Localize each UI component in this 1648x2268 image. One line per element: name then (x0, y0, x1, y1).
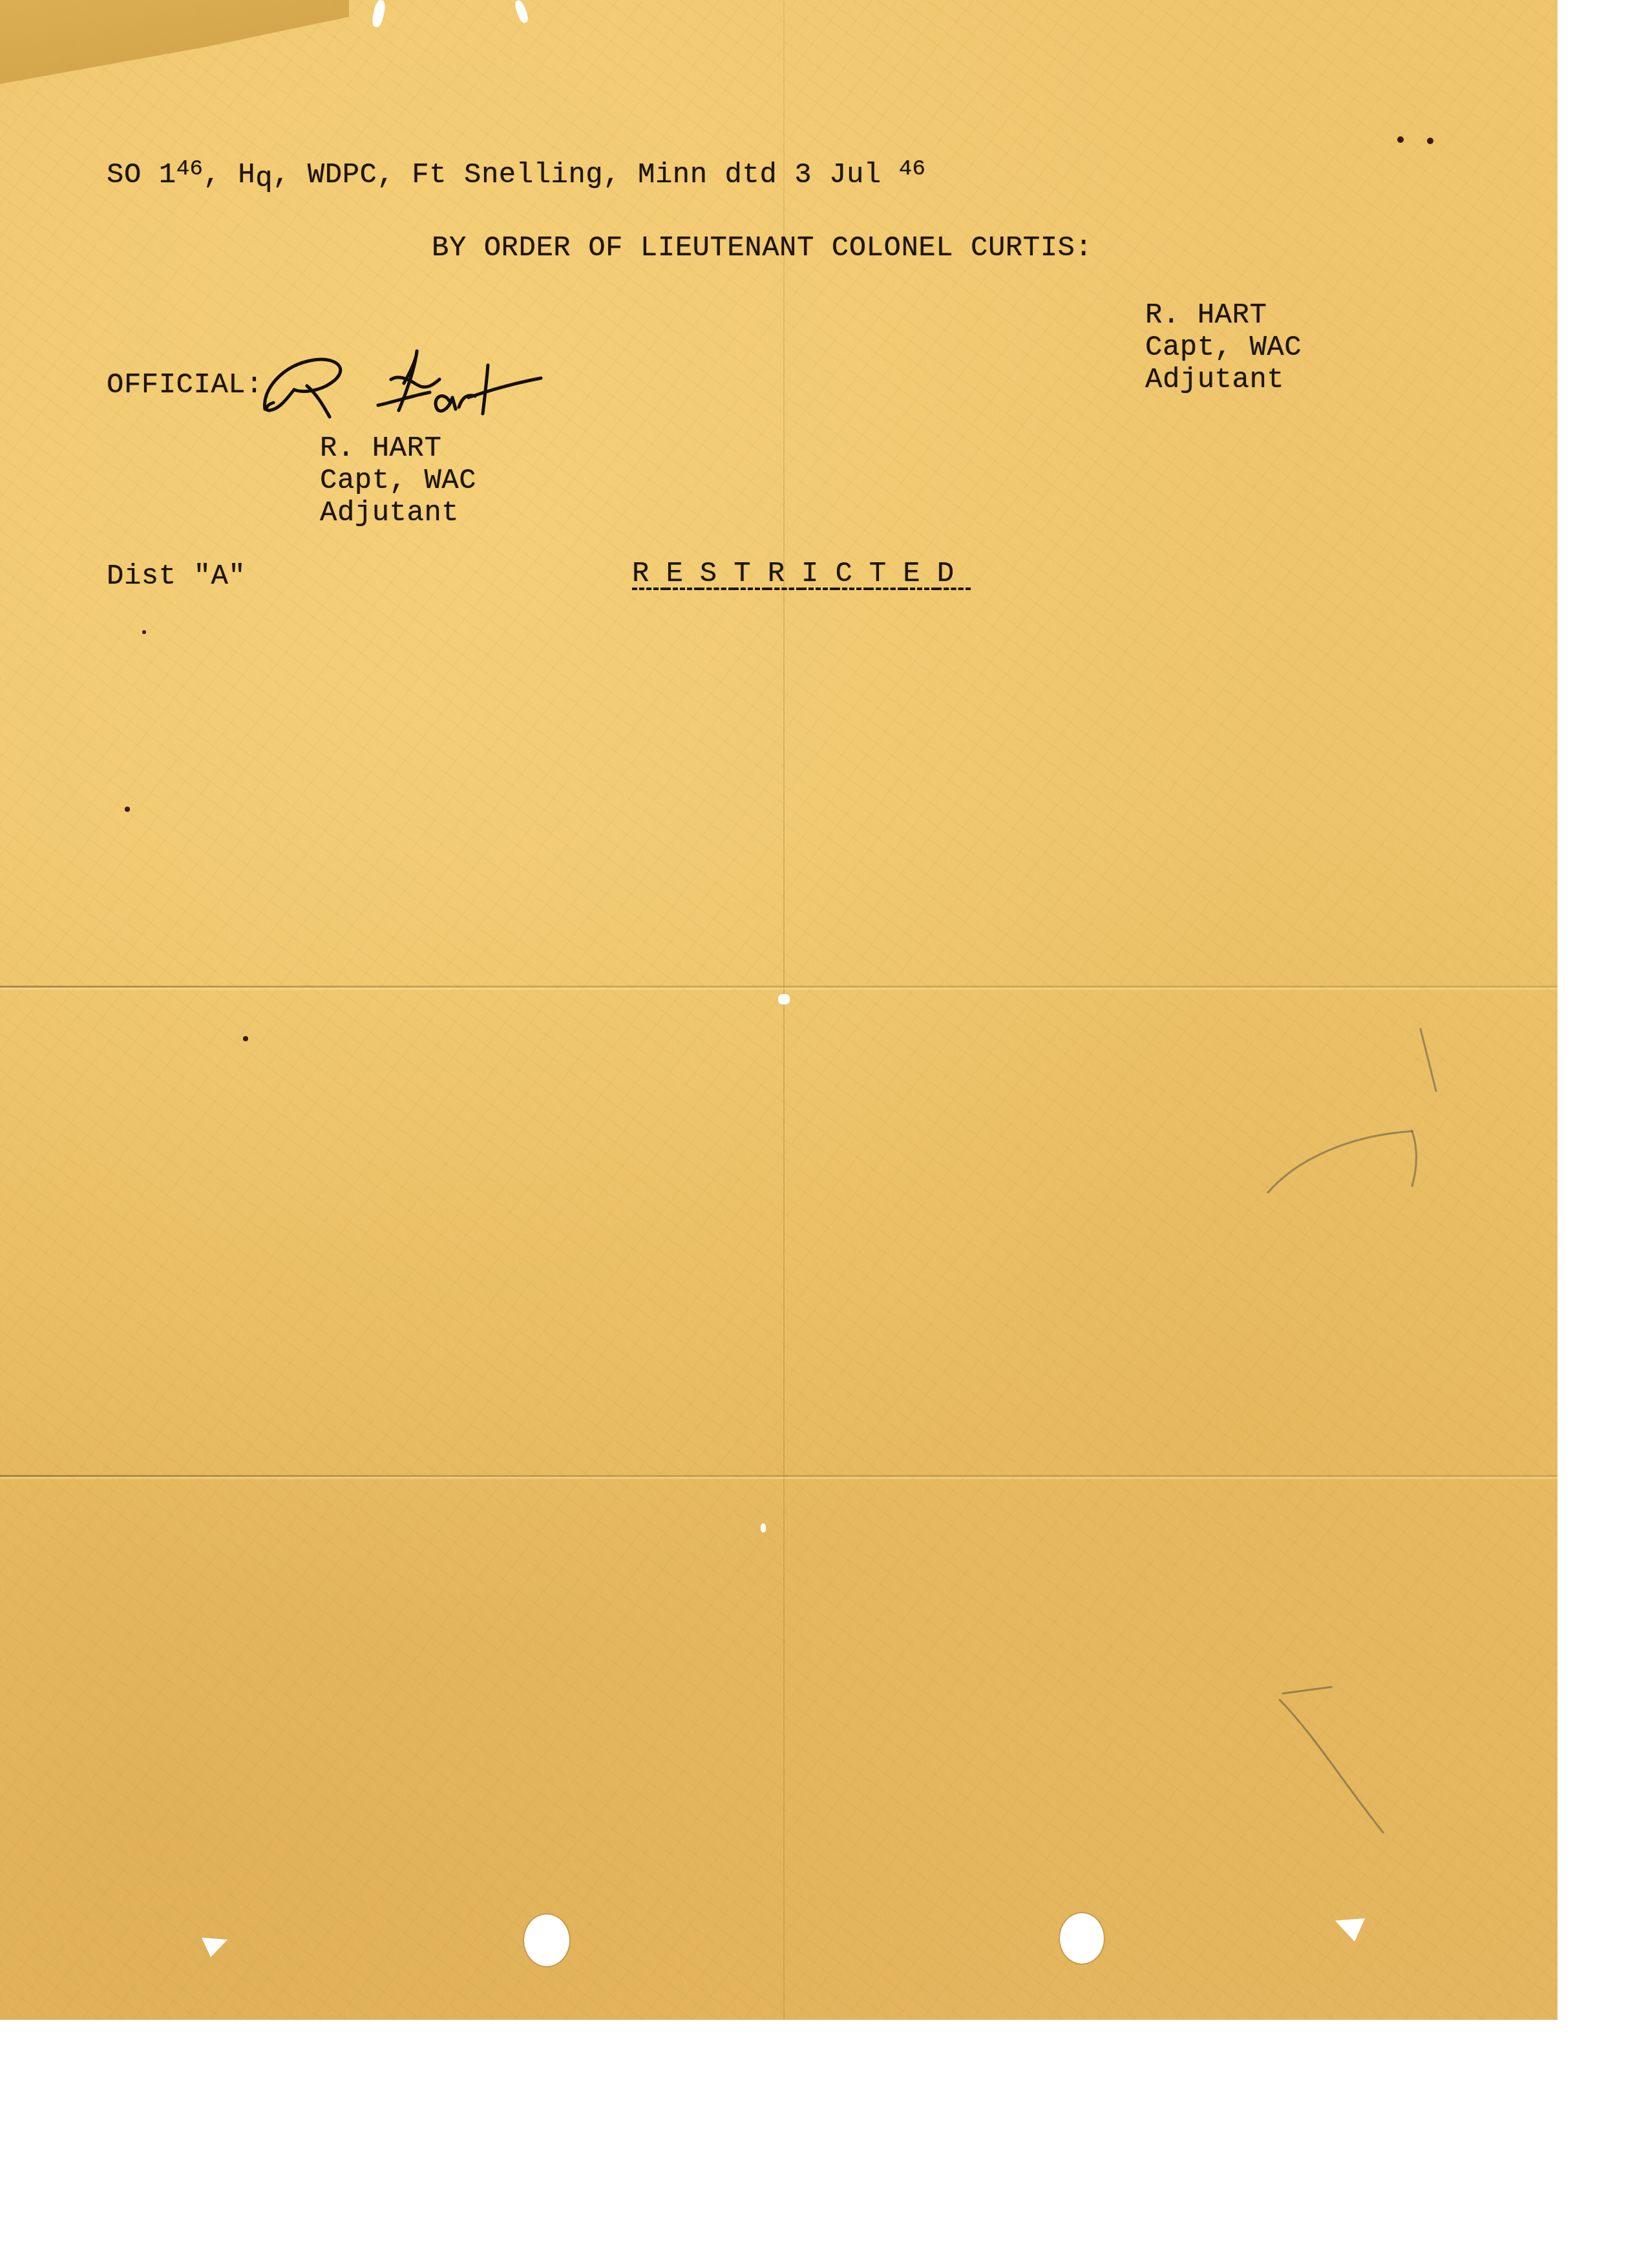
classification-letter: C (835, 558, 869, 590)
classification-letter: R (632, 558, 666, 590)
hq-q: q (255, 163, 273, 195)
hq-prefix: , H (203, 159, 255, 191)
classification-letter: I (801, 558, 835, 590)
classification-letter: E (666, 558, 699, 590)
binder-hole-left (524, 1914, 569, 1966)
horizontal-fold-upper (0, 986, 1558, 988)
classification-letter: D (937, 558, 971, 590)
official-name: R. HART (320, 432, 441, 465)
pencil-marks (0, 0, 1558, 2020)
order-number-superscript: 46 (176, 157, 204, 182)
classification-letter: R (768, 558, 801, 590)
classification-letter: T (869, 558, 903, 590)
classification-letter: S (700, 558, 734, 590)
crease-pinhole (761, 1523, 766, 1532)
corner-tear-right (1335, 1918, 1365, 1942)
corner-tear-left (202, 1938, 227, 1957)
torn-corner-flap (0, 0, 349, 84)
classification-letter: T (734, 558, 767, 590)
order-prefix: SO 1 (107, 159, 176, 191)
handwritten-signature (262, 346, 559, 423)
right-signature-rank: Capt, WAC (1145, 331, 1302, 365)
right-signature-name: R. HART (1145, 299, 1267, 332)
special-order-header: SO 146, Hq, WDPC, Ft Snelling, Minn dtd … (107, 158, 925, 194)
right-signature-title: Adjutant (1145, 363, 1284, 397)
document-page: SO 146, Hq, WDPC, Ft Snelling, Minn dtd … (0, 0, 1558, 2020)
official-title: Adjutant (320, 496, 459, 530)
header-location-date: , WDPC, Ft Snelling, Minn dtd 3 Jul (273, 159, 899, 191)
horizontal-fold-lower (0, 1475, 1558, 1477)
official-rank: Capt, WAC (320, 464, 476, 498)
restricted-classification: RESTRICTED (632, 557, 971, 591)
year-superscript: 46 (899, 157, 926, 182)
vertical-crease (783, 0, 785, 2020)
binder-hole-right (1060, 1913, 1104, 1964)
by-order-line: BY ORDER OF LIEUTENANT COLONEL CURTIS: (432, 231, 1092, 265)
top-tear-left (371, 0, 386, 28)
top-tear-right (513, 0, 529, 24)
classification-letter: E (903, 558, 936, 590)
official-label: OFFICIAL: (107, 368, 263, 402)
crease-hole (778, 994, 790, 1004)
distribution-line: Dist "A" (107, 560, 246, 593)
